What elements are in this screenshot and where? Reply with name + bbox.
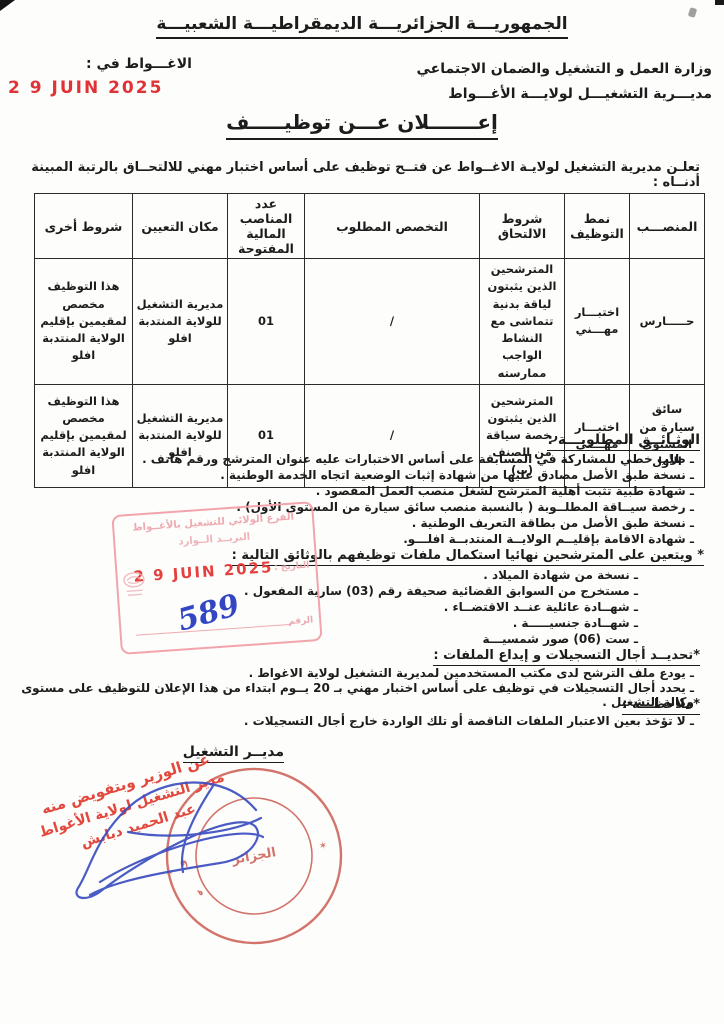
- final-doc-item: ـ شهــادة عائلية عنــد الاقتضــاء .: [444, 600, 638, 614]
- document-item: ـ طلب خطي للمشاركة في المسابقة على أساس …: [142, 452, 694, 466]
- final-doc-item: ـ ست (06) صور شمسيـــة: [482, 632, 638, 646]
- column-header-conditions: شروط الالتحاق: [480, 194, 565, 259]
- mail-stamp-number-label: الرقم: [288, 615, 314, 627]
- intro-paragraph: تعلـن مديرية التشغيل لولايـة الاغــواط ع…: [18, 160, 700, 190]
- cell-location: مديرية التشغيل للولاية المنتدبة افلو: [133, 259, 228, 385]
- scan-artifact-corner: [0, 0, 15, 11]
- cell-other: هذا التوظيف مخصص لمقيمين بإقليم الولاية …: [35, 259, 133, 385]
- document-item: ـ شهادة طبية تثبت أهلية المترشح لشغل منص…: [316, 484, 694, 498]
- document-page: الجمهوريـــة الجزائريـــة الديمقراطيـــة…: [0, 0, 724, 1024]
- mail-stamp-date-label: التاريخ :: [274, 561, 310, 573]
- note-heading: *ملاحظـــة :: [622, 697, 700, 712]
- round-stamp-star-icon: ✶: [318, 840, 328, 852]
- mail-stamp-date: 2 9 JUIN 2025: [133, 558, 274, 586]
- ministry-block: وزارة العمل و التشغيل والضمان الاجتماعي …: [417, 57, 712, 107]
- received-date-stamp: 2 9 JUIN 2025: [8, 78, 163, 98]
- column-header-count: عدد المناصب المالية المفتوحة: [228, 194, 305, 259]
- deadlines-heading: *تحديــد أجال التسجيلات و إيداع الملفات …: [433, 648, 700, 663]
- mail-stamp-emblem-icon: [121, 570, 147, 600]
- ministry-line-2: مديـــرية التشغيـــل لولايـــة الأغـــوا…: [417, 82, 712, 107]
- column-header-mode: نمط التوظيف: [565, 194, 630, 259]
- column-header-specialty: التخصص المطلوب: [305, 194, 480, 259]
- column-header-location: مكان التعيين: [133, 194, 228, 259]
- column-header-position: المنصـــب: [630, 194, 705, 259]
- table-row: حـــــارس اختبـــار مهـــني المترشحين ال…: [35, 259, 705, 385]
- document-item: ـ نسخة طبق الأصل مصادق عليها من شهادة إث…: [220, 468, 694, 482]
- cell-count: 01: [228, 259, 305, 385]
- document-item: ـ نسخة طبق الأصل من بطاقة التعريف الوطني…: [412, 516, 694, 530]
- cell-position: حـــــارس: [630, 259, 705, 385]
- deadline-item: ـ يودع ملف الترشح لدى مكتب المستخدمين لم…: [249, 666, 694, 680]
- cell-other: هذا التوظيف مخصص لمقيمين بإقليم الولاية …: [35, 384, 133, 487]
- republic-title: الجمهوريـــة الجزائريـــة الديمقراطيـــة…: [0, 14, 724, 34]
- scan-artifact-corner: [715, 0, 724, 5]
- final-doc-item: ـ شهــادة جنسيـــــة .: [513, 616, 638, 630]
- table-header-row: المنصـــب نمط التوظيف شروط الالتحاق التخ…: [35, 194, 705, 259]
- announcement-title: إعـــــــلان عـــن توظيـــــف: [0, 110, 724, 134]
- place-date-label: الاغـــواط في :: [86, 56, 192, 72]
- column-header-other: شروط أخرى: [35, 194, 133, 259]
- deadline-item: ـ يحدد أجال التسجيلات في توظيف على أساس …: [8, 681, 694, 709]
- signature-scribble: [70, 762, 270, 912]
- cell-mode: اختبـــار مهـــني: [565, 259, 630, 385]
- cell-conditions: المترشحين الذين يثبتون لياقة بدنية تتماش…: [480, 259, 565, 385]
- final-doc-item: ـ نسخة من شهادة الميلاد .: [483, 568, 638, 582]
- incoming-mail-stamp: الفرع الولائي للتشغيل بالأغــواط البريــ…: [111, 501, 322, 655]
- ministry-line-1: وزارة العمل و التشغيل والضمان الاجتماعي: [417, 57, 712, 82]
- cell-specialty: /: [305, 259, 480, 385]
- mail-stamp-number-handwritten: 589: [174, 588, 244, 639]
- cell-location: مديرية التشغيل للولاية المنتدبة افلو: [133, 384, 228, 487]
- document-item: ـ شهادة الاقامة بإقليــم الولايــة المنت…: [403, 532, 694, 546]
- documents-heading: الوثـائــق المطلوبـــة :: [547, 432, 700, 448]
- note-item: ـ لا تؤخذ بعين الاعتبار الملفات الناقصة …: [244, 714, 694, 728]
